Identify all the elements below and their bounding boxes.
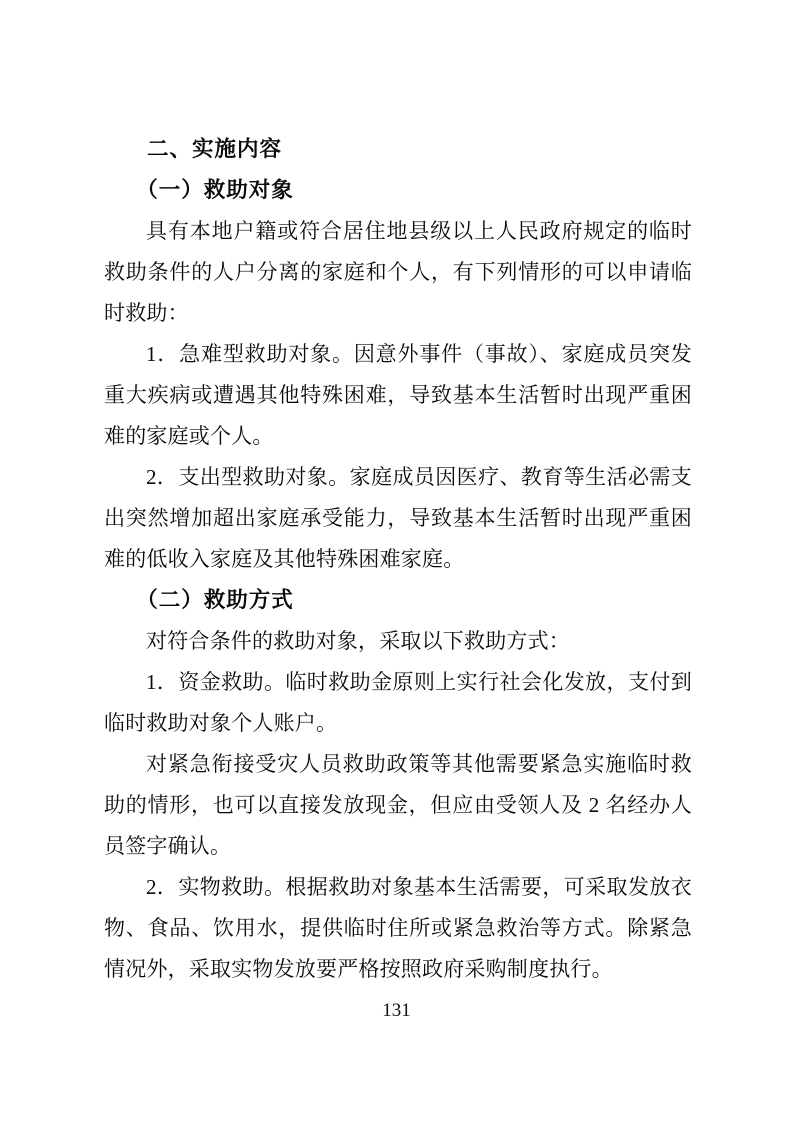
paragraph-methods-intro: 对符合条件的救助对象，采取以下救助方式： bbox=[104, 621, 692, 662]
paragraph-fund-rescue: 1．资金救助。临时救助金原则上实行社会化发放，支付到临时救助对象个人账户。 bbox=[104, 662, 692, 744]
paragraph-expenditure-type: 2．支出型救助对象。家庭成员因医疗、教育等生活必需支出突然增加超出家庭承受能力，… bbox=[104, 457, 692, 580]
paragraph-urgent-type: 1．急难型救助对象。因意外事件（事故）、家庭成员突发重大疾病或遭遇其他特殊困难，… bbox=[104, 334, 692, 457]
paragraph-inkind-rescue: 2．实物救助。根据救助对象基本生活需要，可采取发放衣物、食品、饮用水，提供临时住… bbox=[104, 867, 692, 990]
subsection-heading-rescue-targets: （一）救助对象 bbox=[104, 170, 692, 211]
document-page: 二、实施内容 （一）救助对象 具有本地户籍或符合居住地县级以上人民政府规定的临时… bbox=[0, 0, 793, 1122]
subsection-heading-rescue-methods: （二）救助方式 bbox=[104, 580, 692, 621]
page-number: 131 bbox=[0, 999, 793, 1023]
document-content: 二、实施内容 （一）救助对象 具有本地户籍或符合居住地县级以上人民政府规定的临时… bbox=[104, 129, 692, 990]
paragraph-eligibility-intro: 具有本地户籍或符合居住地县级以上人民政府规定的临时救助条件的人户分离的家庭和个人… bbox=[104, 211, 692, 334]
paragraph-cash-exception: 对紧急衔接受灾人员救助政策等其他需要紧急实施临时救助的情形，也可以直接发放现金，… bbox=[104, 744, 692, 867]
section-heading: 二、实施内容 bbox=[104, 129, 692, 170]
